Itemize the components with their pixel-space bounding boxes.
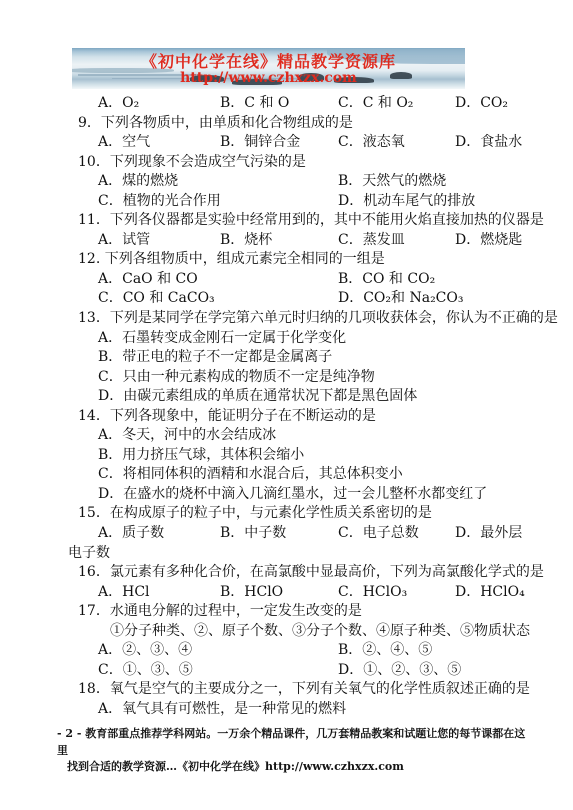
- option-c: C．电子总数: [338, 524, 419, 544]
- option-a: A．空气: [98, 133, 150, 153]
- question-14-stem: 14．下列各现象中，能证明分子在不断运动的是: [68, 407, 528, 427]
- option-b: B．CO 和 CO₂: [338, 270, 435, 290]
- question-14-option-b: B．用力挤压气球，其体积会缩小: [68, 446, 528, 466]
- question-12-options-row-2: C．CO 和 CaCO₃ D．CO₂和 Na₂CO₃: [68, 289, 528, 309]
- question-8-options-row: A．O₂ B．C 和 O C．C 和 O₂ D．CO₂: [68, 94, 528, 114]
- question-17-items-line: ①分子种类、②、原子个数、③分子个数、④原子种类、⑤物质状态: [68, 622, 528, 642]
- question-15-stem: 15．在构成原子的粒子中，与元素化学性质关系密切的是: [68, 504, 528, 524]
- question-14-option-a: A．冬天，河中的水会结成冰: [68, 426, 528, 446]
- option-d: D．机动车尾气的排放: [338, 192, 475, 212]
- question-16-stem: 16．氯元素有多种化合价，在高氯酸中显最高价，下列为高氯酸化学式的是: [68, 563, 528, 583]
- option-c: C．①、③、⑤: [98, 661, 193, 681]
- question-11-stem: 11．下列各仪器都是实验中经常用到的，其中不能用火焰直接加热的仪器是: [68, 211, 528, 231]
- page-footer: - 2 - 教育部重点推荐学科网站。一万余个精品课件，几万套精品教案和试题让您的…: [57, 726, 532, 776]
- option-a: A．质子数: [98, 524, 164, 544]
- question-13-option-a: A．石墨转变成金刚石一定属于化学变化: [68, 329, 528, 349]
- question-12-options-row-1: A．CaO 和 CO B．CO 和 CO₂: [68, 270, 528, 290]
- question-9-options-row: A．空气 B．铜锌合金 C．液态氧 D．食盐水: [68, 133, 528, 153]
- question-16-options-row: A．HCl B．HClO C．HClO₃ D．HClO₄: [68, 583, 528, 603]
- option-b: B．烧杯: [220, 231, 272, 251]
- option-d: D．①、②、③、⑤: [338, 661, 461, 681]
- option-c: C．植物的光合作用: [98, 192, 221, 212]
- footer-line-2: 找到合适的教学资源…《初中化学在线》http://www.czhxzx.com: [57, 759, 532, 776]
- question-13-stem: 13．下列是某同学在学完第六单元时归纳的几项收获体会，你认为不正确的是: [68, 309, 528, 329]
- option-d: D．CO₂和 Na₂CO₃: [338, 289, 464, 309]
- question-18-stem: 18．氧气是空气的主要成分之一，下列有关氧气的化学性质叙述正确的是: [68, 680, 528, 700]
- option-b: B．铜锌合金: [220, 133, 300, 153]
- option-c: C．CO 和 CaCO₃: [98, 289, 215, 309]
- question-14-option-c: C．将相同体积的酒精和水混合后，其总体积变小: [68, 465, 528, 485]
- question-11-options-row: A．试管 B．烧杯 C．蒸发皿 D．燃烧匙: [68, 231, 528, 251]
- question-14-option-d: D．在盛水的烧杯中滴入几滴红墨水，过一会儿整杯水都变红了: [68, 485, 528, 505]
- question-12-stem: 12. 下列各组物质中，组成元素完全相同的一组是: [68, 250, 528, 270]
- banner-title-text: 《初中化学在线》精品教学资源库: [72, 53, 465, 71]
- question-10-options-row-2: C．植物的光合作用 D．机动车尾气的排放: [68, 192, 528, 212]
- option-d: D．最外层: [455, 524, 522, 544]
- question-17-stem: 17．水通电分解的过程中，一定发生改变的是: [68, 602, 528, 622]
- option-a: A．煤的燃烧: [98, 172, 178, 192]
- exam-body: A．O₂ B．C 和 O C．C 和 O₂ D．CO₂ 9．下列各物质中，由单质…: [68, 94, 528, 720]
- site-banner-image: 《初中化学在线》精品教学资源库 http://www.czhxzx.com: [72, 48, 465, 89]
- option-b: B．天然气的燃烧: [338, 172, 446, 192]
- option-d: D．CO₂: [455, 94, 508, 114]
- option-c: C．蒸发皿: [338, 231, 405, 251]
- option-b: B．HClO: [220, 583, 283, 603]
- option-d: D．HClO₄: [455, 583, 525, 603]
- option-c: C．HClO₃: [338, 583, 407, 603]
- option-a: A．O₂: [98, 94, 139, 114]
- option-b: B．②、④、⑤: [338, 641, 432, 661]
- question-13-option-d: D．由碳元素组成的单质在通常状况下都是黑色固体: [68, 387, 528, 407]
- option-b: B．中子数: [220, 524, 286, 544]
- option-c: C．液态氧: [338, 133, 405, 153]
- question-13-option-b: B．带正电的粒子不一定都是金属离子: [68, 348, 528, 368]
- option-a: A．HCl: [98, 583, 150, 603]
- option-a: A．②、③、④: [98, 641, 192, 661]
- question-10-stem: 10．下列现象不会造成空气污染的是: [68, 153, 528, 173]
- question-17-options-row-1: A．②、③、④ B．②、④、⑤: [68, 641, 528, 661]
- footer-line-1: - 2 - 教育部重点推荐学科网站。一万余个精品课件，几万套精品教案和试题让您的…: [57, 726, 532, 759]
- question-10-options-row-1: A．煤的燃烧 B．天然气的燃烧: [68, 172, 528, 192]
- option-a: A．试管: [98, 231, 150, 251]
- question-17-options-row-2: C．①、③、⑤ D．①、②、③、⑤: [68, 661, 528, 681]
- question-18-option-a: A．氧气具有可燃性，是一种常见的燃料: [68, 700, 528, 720]
- question-9-stem: 9．下列各物质中，由单质和化合物组成的是: [68, 114, 528, 134]
- option-d: D．燃烧匙: [455, 231, 522, 251]
- option-b: B．C 和 O: [220, 94, 289, 114]
- option-c: C．C 和 O₂: [338, 94, 413, 114]
- question-15-option-d-wrap: 电子数: [68, 544, 528, 564]
- banner-url-text: http://www.czhxzx.com: [72, 70, 465, 86]
- question-15-options-row: A．质子数 B．中子数 C．电子总数 D．最外层: [68, 524, 528, 544]
- option-d: D．食盐水: [455, 133, 522, 153]
- option-a: A．CaO 和 CO: [98, 270, 198, 290]
- question-13-option-c: C．只由一种元素构成的物质不一定是纯净物: [68, 368, 528, 388]
